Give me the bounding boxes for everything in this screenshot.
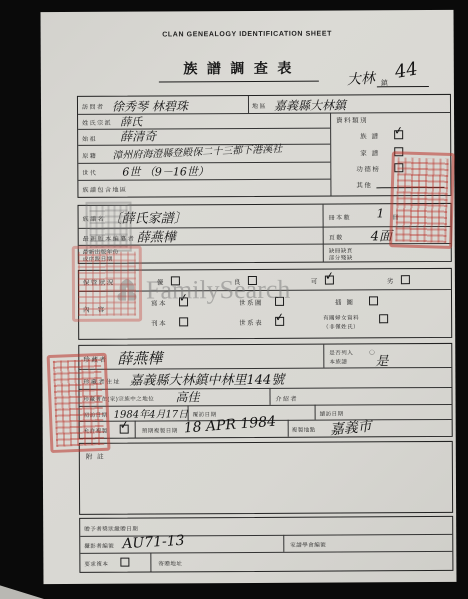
checkbox-illustrations (369, 296, 378, 305)
red-seal-stamp-right (389, 151, 455, 249)
send-address-label: 寄贈地址 (158, 559, 182, 567)
condition-option-label: 可 (311, 277, 319, 286)
scanned-page: CLAN GENEALOGY IDENTIFICATION SHEET 族 譜 … (0, 0, 468, 599)
holder-table: 珍藏者 薛燕樺 是否列入 〇 本族譜 是 珍藏者住址 嘉義縣大林鎮中林里144號… (78, 343, 452, 439)
red-seal-stamp-left-lower (47, 353, 111, 453)
checkbox-lineage-table: ✓ (275, 317, 284, 326)
category-option-label: 族 譜 (360, 131, 379, 140)
copy-date-label: 預期複製日期 (142, 426, 178, 434)
pages-label: 頁數 (329, 233, 344, 242)
revisit-label: 覆訪日期 (193, 410, 217, 418)
category-option-label: 家 譜 (360, 148, 379, 157)
check-mark: ✓ (119, 418, 130, 432)
sheet-number: 44 (393, 58, 419, 83)
coverage-label: 族譜包含地區 (82, 185, 127, 194)
listed-label-1: 是否列入 (329, 348, 353, 356)
notes-label: 附 註 (86, 452, 105, 461)
form-title: 族 譜 調 查 表 (159, 58, 319, 83)
editor-value: 薛燕樺 (137, 226, 176, 245)
content-option-note: （非僅姓氏） (323, 322, 359, 330)
society-id-label: 家譜學會編號 (290, 541, 326, 549)
copy-place-label: 複製地點 (292, 426, 316, 434)
check-mark: ✓ (393, 124, 404, 138)
holder-address-value: 嘉義縣大林鎮中林里144號 (129, 369, 284, 389)
notes-box: 附 註 (79, 441, 453, 515)
generations-value: 6世 （9－16世） (122, 163, 209, 179)
ancestor-label: 始祖 (82, 134, 97, 143)
checkbox-clan-genealogy: ✓ (394, 130, 403, 139)
paper-sheet: CLAN GENEALOGY IDENTIFICATION SHEET 族 譜 … (41, 10, 457, 584)
holder-position-value: 高佳 (175, 388, 199, 405)
content-option-label: 刊本 (151, 318, 167, 327)
award-date-label: 贈予者獎狀繳贈日期 (84, 525, 138, 533)
admin-table: 贈予者獎狀繳贈日期 攝影者編號 AU71-13 家譜學會編號 要求複本 寄贈地址 (79, 516, 453, 573)
volumes-value: 1 (377, 206, 385, 220)
scan-artifact (0, 578, 44, 599)
checkbox-printed (179, 317, 188, 326)
content-option-label: 插 圖 (335, 297, 354, 306)
listed-value: 是 (375, 350, 388, 369)
category-header: 資料類別 (336, 115, 368, 124)
gray-ghost-stamp (85, 202, 131, 252)
form-eyebrow: CLAN GENEALOGY IDENTIFICATION SHEET (41, 30, 454, 39)
copy-request-label: 要求複本 (84, 560, 108, 568)
checkbox-poor (401, 275, 410, 284)
introducer-label: 介紹者 (276, 394, 299, 403)
area-value: 嘉義縣大林鎮 (274, 96, 346, 113)
checkbox-copy-request (120, 558, 129, 567)
checkbox-fair: ✓ (325, 276, 334, 285)
interviewer-label: 訪問者 (82, 102, 105, 111)
red-seal-stamp-left-upper (72, 246, 142, 322)
check-mark: ✓ (274, 310, 285, 324)
category-option-label: 功德榜 (356, 164, 380, 173)
watermark-text: FamilySearch (146, 275, 291, 306)
town-underline (377, 86, 429, 87)
ancestor-value: 薛清奇 (120, 127, 156, 144)
origin-label: 原籍 (82, 151, 97, 160)
listed-label-2: 本族譜 (329, 357, 347, 365)
content-option-label: 有關婦女資料 (323, 313, 359, 321)
checkbox-women-data (379, 314, 388, 323)
check-mark: ✓ (324, 269, 335, 283)
volumes-label: 冊本數 (329, 212, 352, 221)
town-handwritten: 大林 (346, 68, 375, 90)
generations-label: 世代 (82, 168, 97, 177)
photographer-id-label: 攝影者編號 (84, 542, 114, 550)
copy-place-value: 嘉義市 (329, 416, 373, 440)
condition-option-label: 劣 (387, 276, 395, 285)
area-label: 地區 (252, 101, 267, 110)
photographer-id-value: AU71-13 (122, 533, 185, 553)
category-option-label: 其他 (356, 180, 372, 189)
interviewer-value: 徐秀琴 林碧珠 (112, 97, 188, 114)
clan-label: 姓氏宗派 (82, 118, 112, 127)
holder-name-value: 薛燕樺 (117, 347, 162, 368)
missing-label-2: 部分殘缺 (329, 253, 353, 261)
next-visit-label: 續訪日期 (320, 410, 344, 418)
checkbox-copy-permitted: ✓ (120, 425, 129, 434)
content-option-label: 世系表 (239, 318, 263, 327)
